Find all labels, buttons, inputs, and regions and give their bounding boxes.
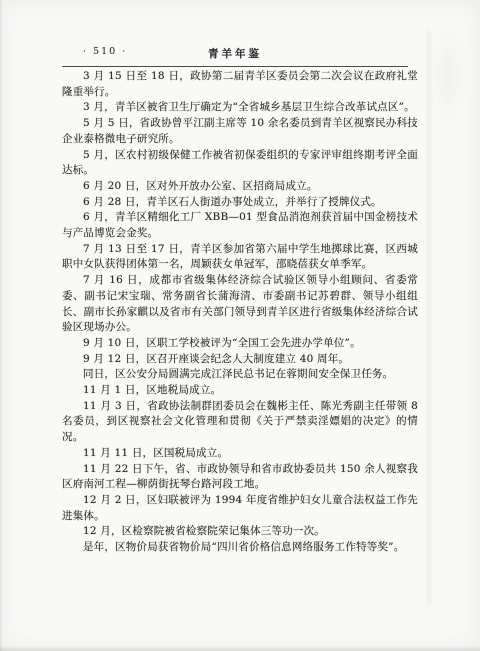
page-header: · 510 · 青羊年鉴 [62, 46, 408, 62]
chronicle-paragraph: 7 月 16 日，成都市省级集体经济综合试验区领导小组顾问、省委常委、副书记宋宝… [62, 273, 418, 336]
scanned-yearbook-page: · 510 · 青羊年鉴 3 月 15 日至 18 日，政协第二届青羊区委员会第… [0, 0, 480, 651]
chronicle-paragraph: 12 月 2 日，区妇联被评为 1994 年度省维护妇女儿童合法权益工作先进集体… [62, 493, 418, 524]
chronicle-paragraph: 6 月 20 日，区对外开放办公室、区招商局成立。 [62, 179, 418, 195]
chronicle-paragraph: 3 月 15 日至 18 日，政协第二届青羊区委员会第二次会议在政府礼堂隆重举行… [62, 69, 418, 100]
chronicle-paragraph: 9 月 12 日，区召开座谈会纪念人大制度建立 40 周年。 [62, 352, 418, 368]
chronicle-paragraph: 5 月，区农村初级保健工作被省初保委组织的专家评审组终期考评全面达标。 [62, 148, 418, 179]
chronicle-paragraph: 11 月 11 日，区国税局成立。 [62, 446, 418, 462]
chronicle-paragraph: 11 月 1 日，区地税局成立。 [62, 383, 418, 399]
chronicle-paragraph: 7 月 13 日至 17 日，青羊区参加省第六届中学生地掷球比赛，区西城职中女队… [62, 242, 418, 273]
header-rule [62, 66, 408, 67]
book-title: 青羊年鉴 [62, 46, 408, 61]
chronicle-paragraph: 9 月 10 日，区职工学校被评为“全国工会先进办学单位”。 [62, 336, 418, 352]
chronicle-paragraph: 11 月 3 日，省政协法制群团委员会在魏彬主任、陈光秀副主任带领 8 名委员，… [62, 399, 418, 446]
chronicle-paragraph: 3 月，青羊区被省卫生厅确定为“全省城乡基层卫生综合改革试点区”。 [62, 100, 418, 116]
chronicle-paragraph: 5 月 5 日，省政协曾平江副主席等 10 余名委员到青羊区视察民办科技企业泰格… [62, 116, 418, 147]
scan-smudge [430, 20, 466, 130]
chronicle-text: 3 月 15 日至 18 日，政协第二届青羊区委员会第二次会议在政府礼堂隆重举行… [62, 69, 418, 556]
chronicle-paragraph: 6 月，青羊区精细化工厂 XBB—01 型食品消泡剂获首届中国金榜技术与产品博览… [62, 210, 418, 241]
page-edge-left [0, 0, 3, 651]
chronicle-paragraph: 是年，区物价局获省物价局“四川省价格信息网络服务工作特等奖”。 [62, 540, 418, 556]
chronicle-paragraph: 同日，区公安分局圆满完成江泽民总书记在蓉期间安全保卫任务。 [62, 367, 418, 383]
chronicle-paragraph: 12 月，区检察院被省检察院荣记集体三等功一次。 [62, 524, 418, 540]
chronicle-paragraph: 6 月 28 日，青羊区石人街道办事处成立，并举行了授牌仪式。 [62, 195, 418, 211]
page-edge-bottom [0, 646, 480, 651]
chronicle-paragraph: 11 月 22 日下午，省、市政协领导和省市政协委员共 150 余人视察我区府南… [62, 462, 418, 493]
